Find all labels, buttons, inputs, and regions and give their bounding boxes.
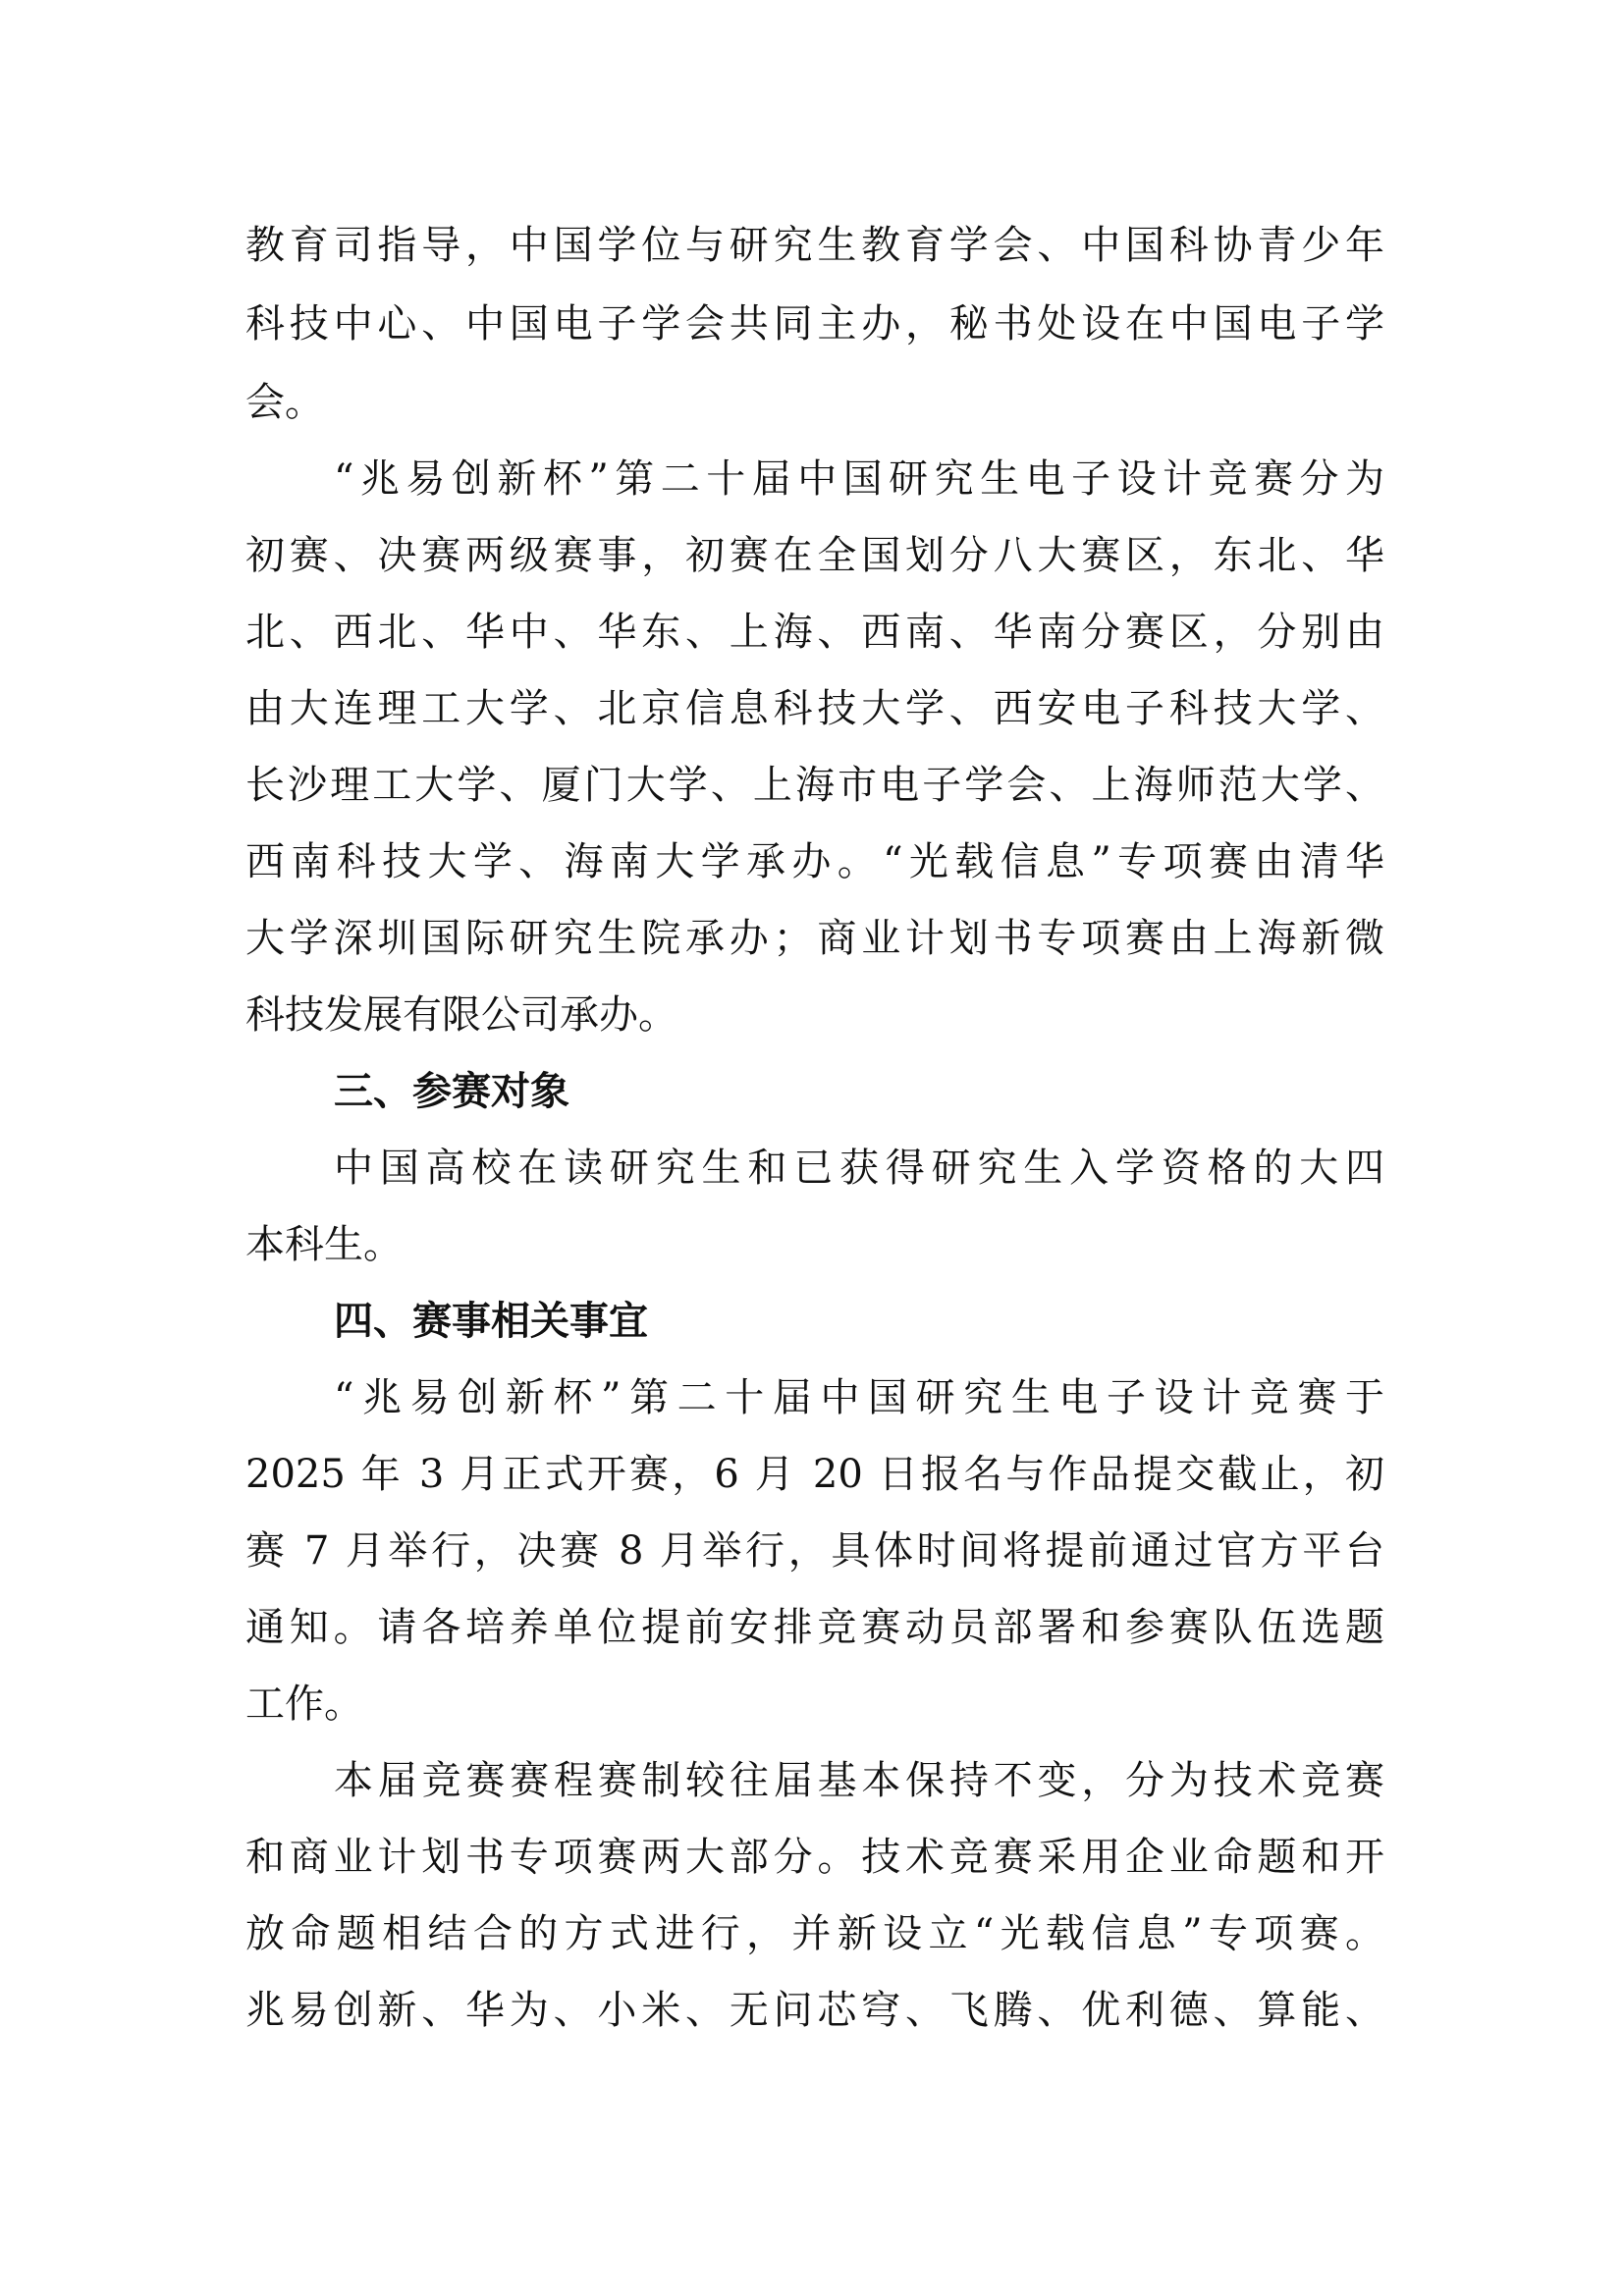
paragraph-2-line-8: 科技发展有限公司承办。 xyxy=(245,990,1384,1040)
paragraph-4-line-1: “兆易创新杯”第二十届中国研究生电子设计竞赛于 xyxy=(334,1373,1384,1422)
paragraph-2-line-1: “兆易创新杯”第二十届中国研究生电子设计竞赛分为 xyxy=(334,454,1384,504)
paragraph-2-line-7: 大学深圳国际研究生院承办；商业计划书专项赛由上海新微 xyxy=(245,914,1384,963)
paragraph-4-line-5: 工作。 xyxy=(245,1680,1384,1729)
paragraph-3-line-2: 本科生。 xyxy=(245,1220,1384,1269)
paragraph-5-line-2: 和商业计划书专项赛两大部分。技术竞赛采用企业命题和开 xyxy=(245,1833,1384,1882)
paragraph-1-line-2: 科技中心、中国电子学会共同主办，秘书处设在中国电子学 xyxy=(245,299,1384,348)
paragraph-2-line-5: 长沙理工大学、厦门大学、上海市电子学会、上海师范大学、 xyxy=(245,761,1384,810)
paragraph-4-line-4: 通知。请各培养单位提前安排竞赛动员部署和参赛队伍选题 xyxy=(245,1603,1384,1652)
paragraph-2-line-3: 北、西北、华中、华东、上海、西南、华南分赛区，分别由 xyxy=(245,608,1384,657)
paragraph-5-line-3: 放命题相结合的方式进行，并新设立“光载信息”专项赛。 xyxy=(245,1909,1384,1958)
document-page: 教育司指导，中国学位与研究生教育学会、中国科协青少年 科技中心、中国电子学会共同… xyxy=(0,0,1623,2296)
paragraph-1-line-3: 会。 xyxy=(245,378,1384,427)
paragraph-5-line-4: 兆易创新、华为、小米、无问芯穹、飞腾、优利德、算能、 xyxy=(245,1986,1384,2035)
section-heading-participants: 三、参赛对象 xyxy=(334,1067,569,1116)
paragraph-2-line-2: 初赛、决赛两级赛事，初赛在全国划分八大赛区，东北、华 xyxy=(245,531,1384,580)
paragraph-2-line-6: 西南科技大学、海南大学承办。“光载信息”专项赛由清华 xyxy=(245,837,1384,886)
paragraph-3-line-1: 中国高校在读研究生和已获得研究生入学资格的大四 xyxy=(334,1144,1384,1193)
paragraph-1-line-1: 教育司指导，中国学位与研究生教育学会、中国科协青少年 xyxy=(245,221,1384,270)
section-heading-event-matters: 四、赛事相关事宜 xyxy=(334,1297,648,1346)
paragraph-5-line-1: 本届竞赛赛程赛制较往届基本保持不变，分为技术竞赛 xyxy=(334,1756,1384,1805)
paragraph-4-line-2: 2025 年 3 月正式开赛，6 月 20 日报名与作品提交截止，初 xyxy=(245,1450,1384,1499)
paragraph-4-line-3: 赛 7 月举行，决赛 8 月举行，具体时间将提前通过官方平台 xyxy=(245,1526,1384,1575)
paragraph-2-line-4: 由大连理工大学、北京信息科技大学、西安电子科技大学、 xyxy=(245,684,1384,733)
